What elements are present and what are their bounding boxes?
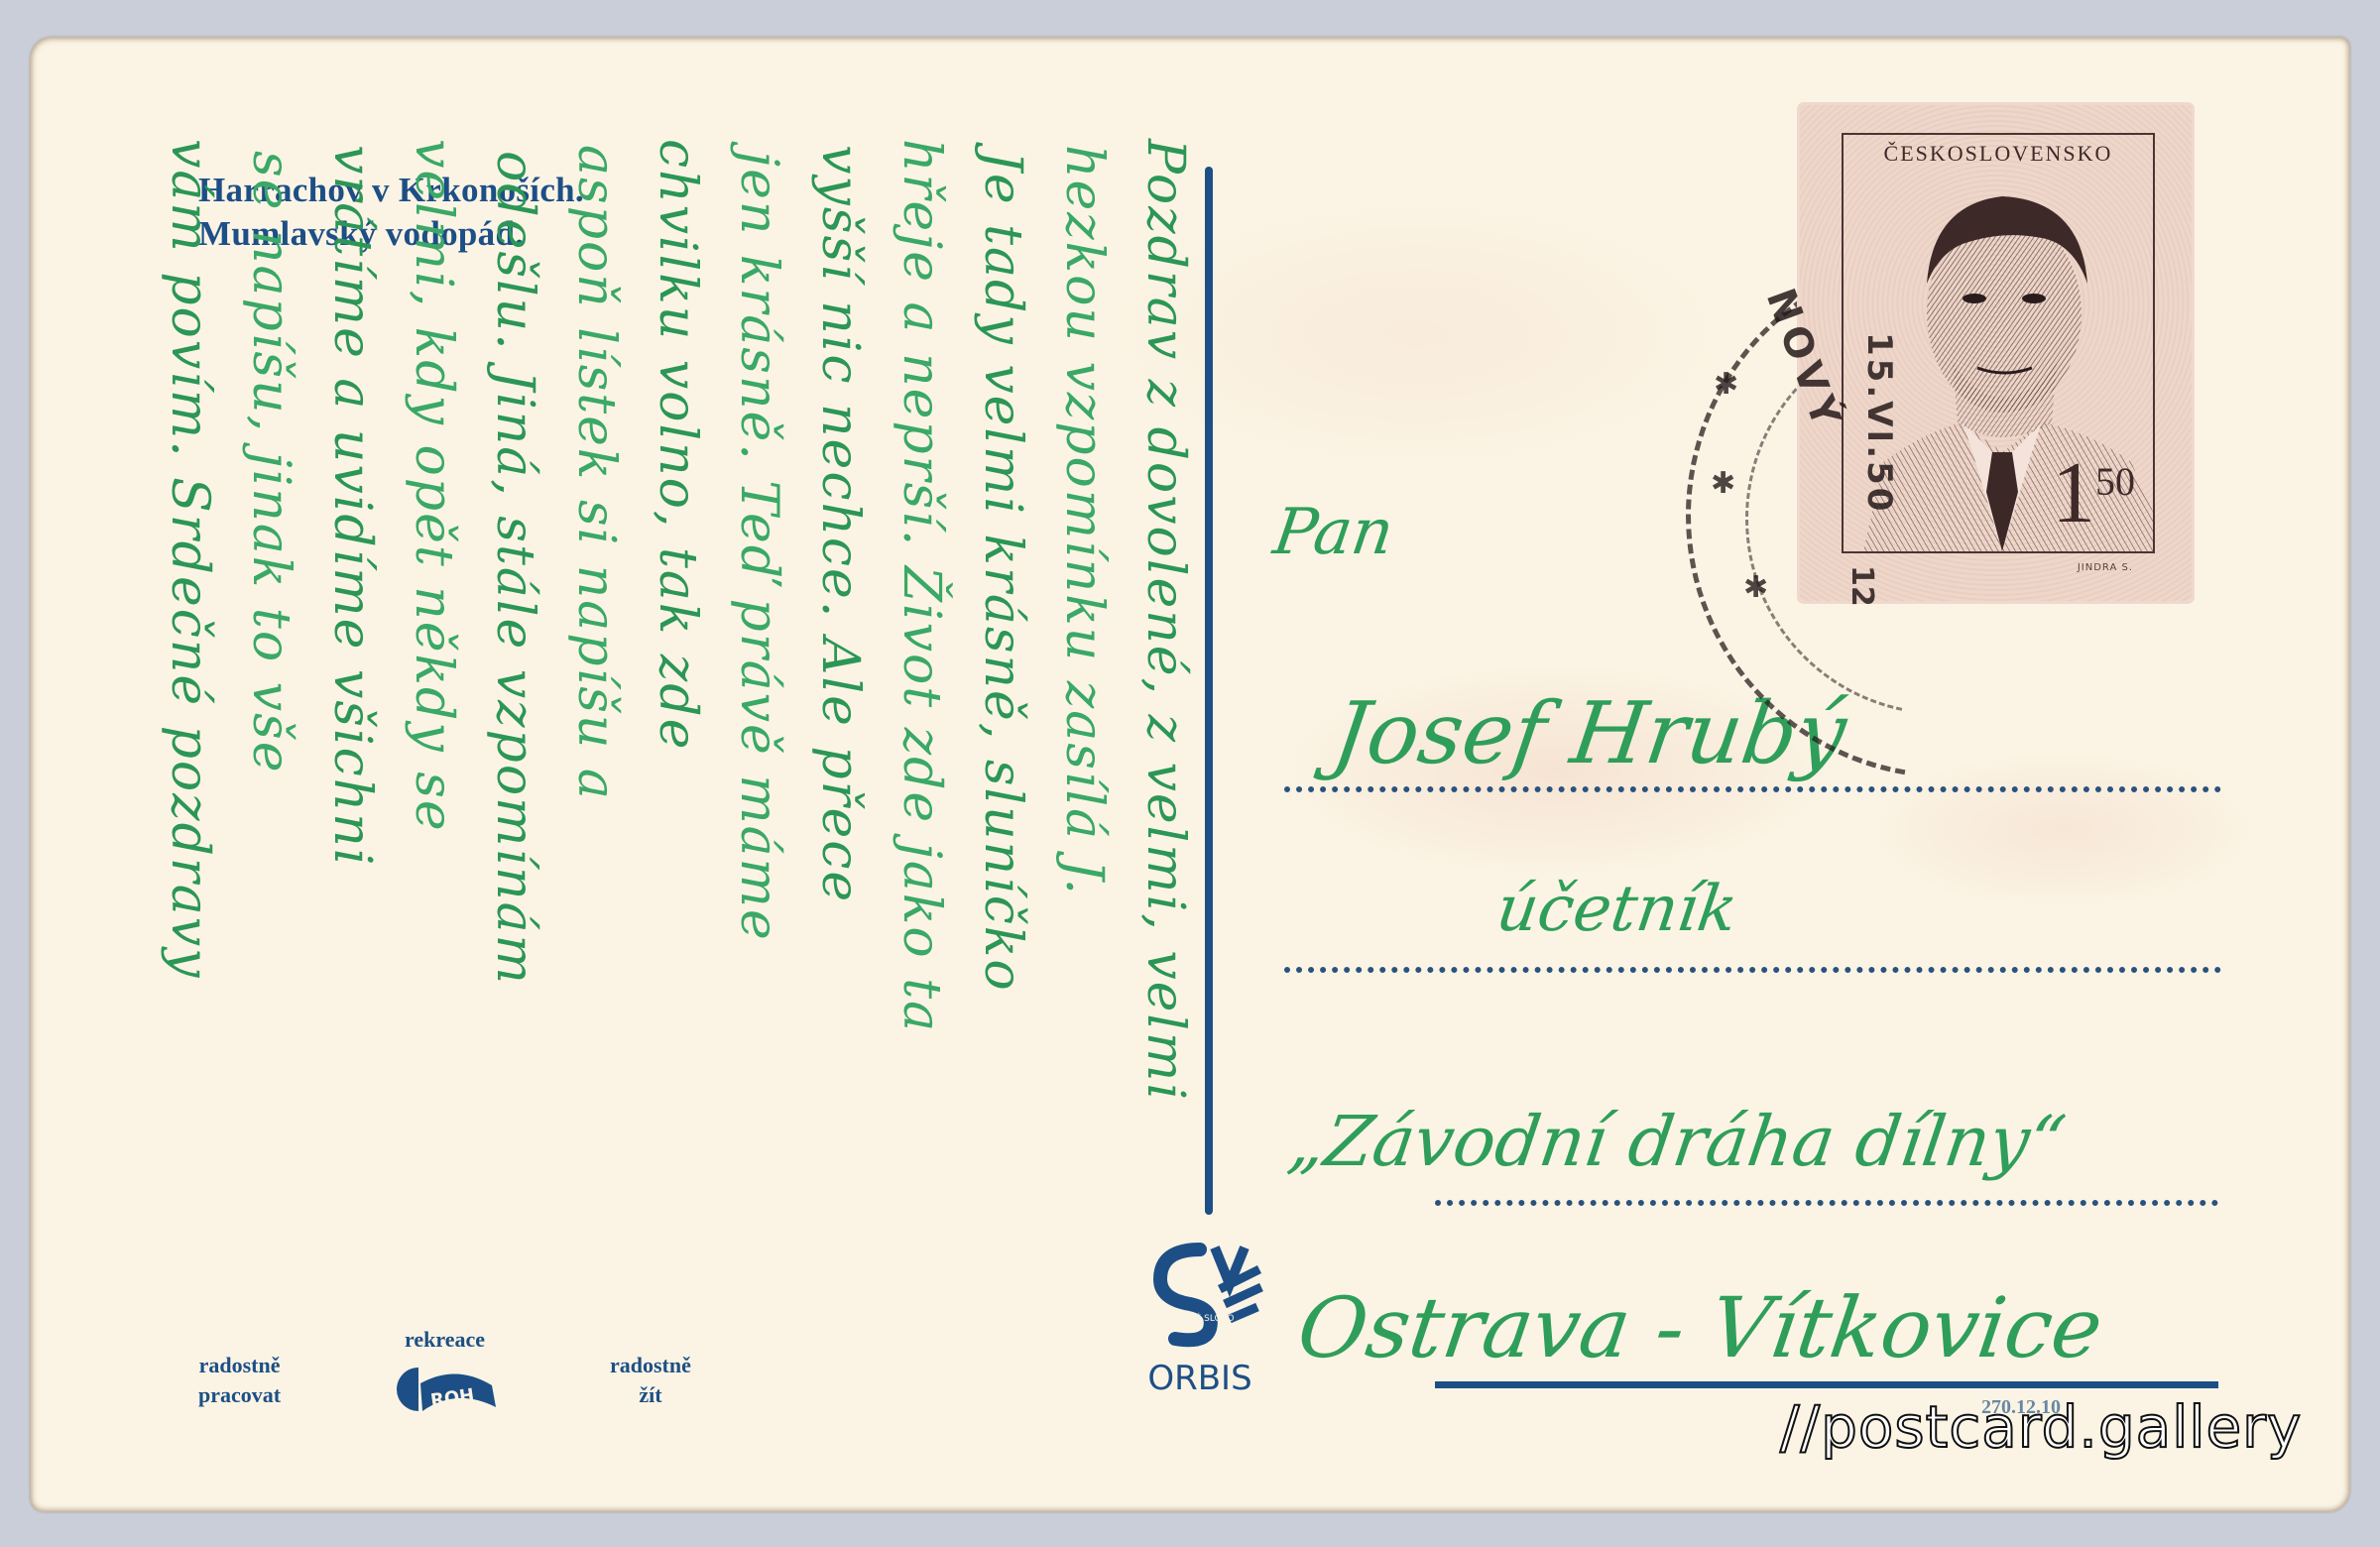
message-line: jen krásně. Teď právě máme [729,151,788,942]
slogan-right-line-2: žít [610,1380,691,1410]
stamp-value-main: 1 [2052,445,2095,541]
slogan-left: radostně pracovat [198,1351,281,1410]
stamp-engraver: JINDRA S. [2078,562,2133,573]
message-line: vrátíme a uvidíme všichni [322,145,382,867]
message-line: hezkou vzpomínku zasílá J. [1054,145,1114,896]
postmark-star-icon: ✱ [1743,570,1768,605]
svg-text:SVOBODNÉ SLOVO: SVOBODNÉ SLOVO [1150,1312,1235,1324]
address-occupation: účetník [1492,873,1742,946]
watermark: //postcard.gallery [1780,1393,2302,1461]
address-line-3 [1435,1200,2218,1206]
slogan-right-line-1: radostně [610,1351,691,1380]
message-line: vám povím. Srdečné pozdravy [160,139,219,980]
postmark-star-icon: ✱ [1711,466,1735,501]
publisher-logo: SVOBODNÉ SLOVO ORBIS [1130,1240,1269,1398]
postmark-suffix: 12 [1844,565,1879,607]
postmark-star-icon: ✱ [1714,367,1738,402]
address-line-1 [1284,786,2221,792]
address-line-2 [1284,967,2221,973]
postage-stamp: ČESKOSLOVENSKO [1790,95,2201,611]
address-city: Ostrava - Vítkovice [1292,1279,2108,1376]
address-line-4 [1435,1381,2218,1388]
roh-logo-icon: ROH [397,1364,506,1423]
svobodne-slovo-logo-icon: SVOBODNÉ SLOVO [1130,1240,1269,1349]
address-salutation: Pan [1269,496,1398,569]
message-line: velmi, kdy opět někdy se [404,139,463,833]
message-line: aspoň lístek si napíšu a [566,145,626,801]
address-company: „Závodní dráha dílny“ [1283,1101,2070,1182]
stamp-value-fraction: 50 [2095,459,2135,504]
message-line: Je tady velmi krásně, sluníčko [973,151,1032,993]
stamp-value: 150 [2052,454,2135,534]
slogan-right: radostně žít [610,1351,691,1410]
message-line: hřeje a neprší. Život zde jako ta [892,139,951,1033]
message-line: se napíšu, jinak to vše [241,151,300,774]
message-line: chvilku volno, tak zde [648,139,707,751]
publisher-name: ORBIS [1130,1359,1269,1398]
slogan-left-line-1: radostně [198,1351,281,1380]
message-line: Pozdrav z dovolené, z velmi, velmi [1135,139,1195,1102]
message-line: vyšší nic nechce. Ale přece [810,145,870,903]
center-divider [1205,167,1213,1215]
postmark-date: 15.VI.50 [1859,332,1899,514]
message-line: odešlu. Jiná, stále vzpomínám [485,151,544,986]
slogan-center: rekreace [405,1325,485,1355]
slogan-left-line-2: pracovat [198,1380,281,1410]
